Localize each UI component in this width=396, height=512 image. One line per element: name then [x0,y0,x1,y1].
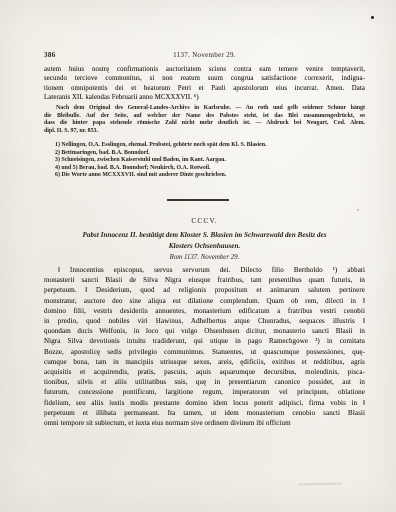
text-line: dass die hinter papa stehende römische Z… [44,120,365,128]
page-header: 386 1137. November 29. [44,51,365,61]
scan-artifact-dot [371,16,374,19]
text-line: domino filii, vestris desideriis annuent… [44,306,365,316]
charter-body: ‖ Innocentius episcopus, servus servorum… [44,265,365,428]
text-line: Bozze, apostolicę sedis privilegio commu… [44,347,365,357]
text-line: acquisitis et acquirendis, pratis, pascu… [44,367,365,377]
text-line: autem huius nostrę confirmationis auctor… [44,65,365,74]
section-divider [167,199,229,201]
text-line: tionem omnipotentis dei et beatorum Petr… [44,84,365,93]
text-line: Nigra Silva devotionis intuitu tradideru… [44,336,365,346]
text-line: cumque bona, tam in mancipiis utriusque … [44,357,365,367]
text-line: 2) Bettmaringen, bad. B.A. Bonndorf. [44,150,365,158]
text-line: 1) Nellingen, O.A. Esslingen, ehemal. Pr… [44,142,365,150]
text-line: fidelium, seu aliis iustis modis prestan… [44,398,365,408]
text-line: Nach dem Original des General-Landes-Arc… [44,105,365,113]
text-line: 6) Die Worte anno MCXXXVII. sind mit and… [44,172,365,180]
text-line: Klosters Ochsenhausen. [44,241,365,252]
text-line: dipl. II. S. 97, nr. 853. [44,128,365,136]
source-note: Nach dem Original des General-Landes-Arc… [44,105,365,135]
text-line: omni tempore sit subiectum, et iuxta eiu… [44,418,365,428]
text-line: die Bleibulle. Auf der Seite, auf welche… [44,113,365,121]
scan-artifact-smudge [298,483,342,486]
text-line: 3) Schneisingen, zwischen Kaiserstuhl un… [44,157,365,165]
text-line: monasterii sancti Blasii de Silva Nigra … [44,275,365,285]
previous-charter-ending: autem huius nostrę confirmationis auctor… [44,65,365,103]
text-line: tionibus, silvis et aliis utilitatibus s… [44,377,365,387]
footnote-list: 1) Nellingen, O.A. Esslingen, ehemal. Pr… [44,142,365,180]
scanned-page: 386 1137. November 29. autem huius nostr… [0,0,396,512]
text-line: monstratur, auctore deo sine aliqua est … [44,296,365,306]
text-line: perpetuum. ‖ Desiderium, quod ad religio… [44,285,365,295]
text-line: secundo terciove commonitus, si non reat… [44,74,365,83]
text-line: in predio, quod nobiles viri Hawinus, Ad… [44,316,365,326]
text-line: perpetuum et illibata permaneant. Ita ta… [44,408,365,418]
text-line: ‖ Innocentius episcopus, servus servorum… [44,265,365,275]
charter-dateline: Rom 1137. November 29. [44,254,365,261]
text-line: Lateranis XII. kalendas Februarii anno M… [44,93,365,102]
text-line: quondam ducis Welfonis, in loco qui vulg… [44,326,365,336]
text-line: Pabst Innocenz II. bestätigt dem Kloster… [44,230,365,241]
scan-artifact-dot [357,209,359,211]
running-head: 1137. November 29. [44,51,365,59]
charter-number: CCCV. [44,216,365,225]
charter-regest: Pabst Innocenz II. bestätigt dem Kloster… [44,230,365,252]
text-line: futurum, concessione pontificum, largiti… [44,387,365,397]
